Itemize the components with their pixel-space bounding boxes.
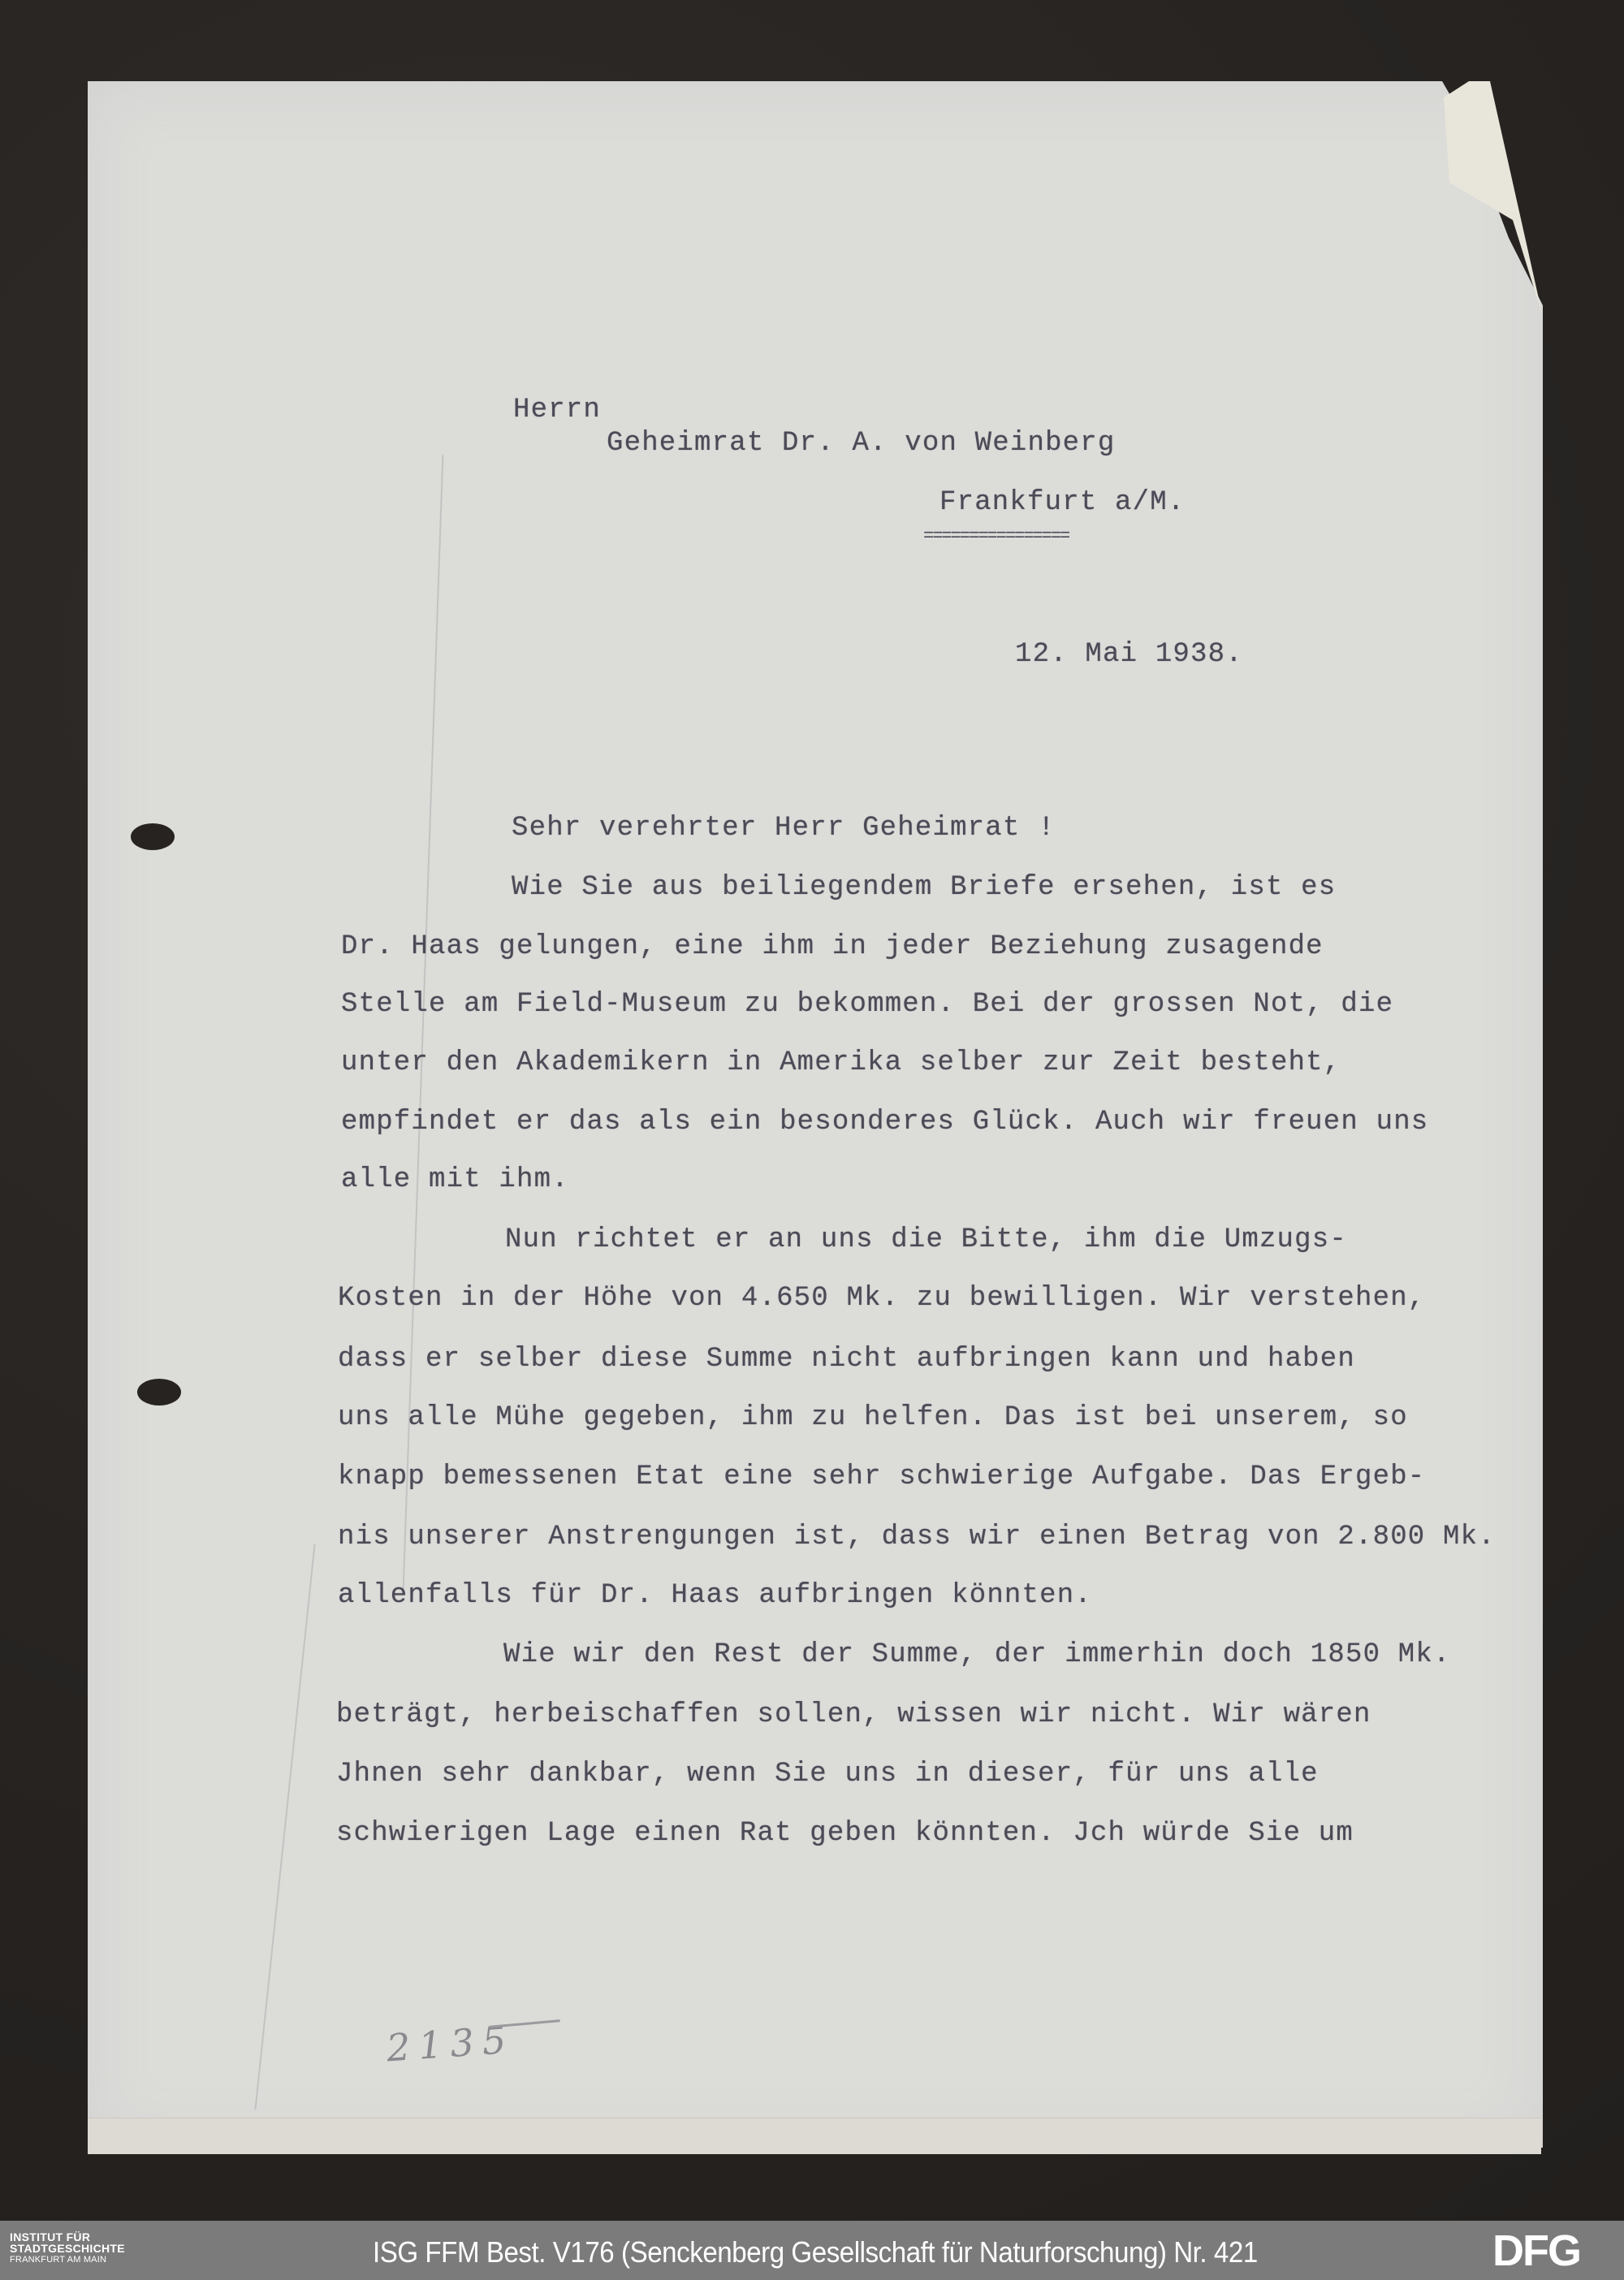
body-line: allenfalls für Dr. Haas aufbringen könnt… [338,1580,1092,1611]
body-line: Wie Sie aus beiliegendem Briefe ersehen,… [512,872,1336,903]
body-line: nis unserer Anstrengungen ist, dass wir … [338,1522,1496,1552]
body-line: Wie wir den Rest der Summe, der immerhin… [503,1639,1451,1670]
letter-greeting: Sehr verehrter Herr Geheimrat ! [512,813,1056,844]
city-underline: ================ [923,526,1069,546]
body-line: knapp bemessenen Etat eine sehr schwieri… [338,1462,1425,1492]
bottom-fold [88,2118,1541,2154]
body-line: Nun richtet er an uns die Bitte, ihm die… [505,1224,1347,1255]
body-line: Kosten in der Höhe von 4.650 Mk. zu bewi… [338,1283,1425,1314]
body-line: beträgt, herbeischaffen sollen, wissen w… [336,1699,1371,1730]
body-line: uns alle Mühe gegeben, ihm zu helfen. Da… [338,1402,1408,1433]
archive-reference: ISG FFM Best. V176 (Senckenberg Gesellsc… [373,2235,1258,2269]
body-line: Dr. Haas gelungen, eine ihm in jeder Bez… [341,931,1324,962]
body-line: Stelle am Field-Museum zu bekommen. Bei … [341,989,1393,1020]
recipient-city: Frankfurt a/M. [939,487,1185,518]
letter-date: 12. Mai 1938. [1015,639,1243,670]
body-line: unter den Akademikern in Amerika selber … [341,1047,1341,1078]
institution-name-line2: STADTGESCHICHTE [10,2243,125,2254]
recipient-name: Geheimrat Dr. A. von Weinberg [607,428,1116,459]
punch-hole-bottom [137,1379,181,1406]
institution-logo: INSTITUT FÜR STADTGESCHICHTE FRANKFURT A… [10,2231,125,2265]
institution-city: FRANKFURT AM MAIN [10,2254,125,2265]
recipient-salutation: Herrn [513,395,601,425]
punch-hole-top [131,823,175,850]
archive-footer-bar: INSTITUT FÜR STADTGESCHICHTE FRANKFURT A… [0,2221,1624,2280]
dfg-logo-icon: DFG [1492,2230,1580,2271]
body-line: schwierigen Lage einen Rat geben könnten… [336,1818,1354,1849]
body-line: empfindet er das als ein besonderes Glüc… [341,1107,1428,1138]
institution-name-line1: INSTITUT FÜR [10,2231,125,2243]
body-line: dass er selber diese Summe nicht aufbrin… [338,1344,1355,1375]
body-line: alle mit ihm. [341,1164,569,1195]
body-line: Jhnen sehr dankbar, wenn Sie uns in dies… [336,1759,1319,1790]
